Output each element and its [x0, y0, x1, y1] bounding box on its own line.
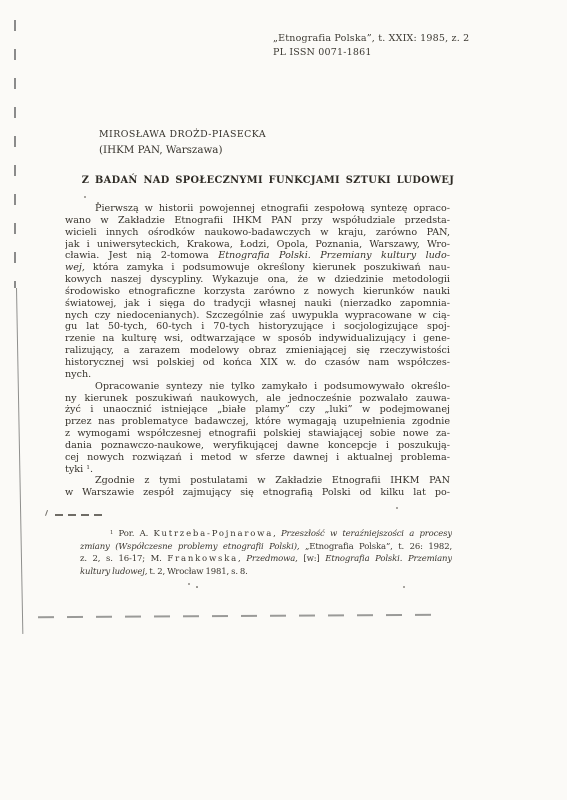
text-line: zmiany (Współczesne problemy etnografii … — [80, 541, 452, 554]
text-line: z wymogami współczesnej etnografii polsk… — [65, 428, 450, 440]
footnote-separator — [55, 514, 107, 516]
scan-speck — [403, 586, 405, 588]
text-line: rzenie na kulturę wsi, odtwarzające w sp… — [65, 333, 450, 345]
text-line: gu lat 50-tych, 60-tych i 70-tych histor… — [65, 321, 450, 333]
scan-left-edge-line — [16, 288, 24, 634]
text-line: Pierwszą w historii powojennej etnografi… — [65, 203, 450, 215]
scan-left-dashed-line — [14, 20, 16, 288]
text-line: w Warszawie zespół zajmujący się etnogra… — [65, 487, 450, 499]
author-name: MIROSŁAWA DROŻD-PIASECKA — [99, 128, 266, 143]
text-line: Opracowanie syntezy nie tylko zamykało i… — [65, 381, 450, 393]
text-line: nych czy niedocenianych). Szczególnie za… — [65, 310, 450, 322]
scan-speck — [84, 196, 86, 198]
text-line: kowych naszej dyscypliny. Wykazuje ona, … — [65, 274, 450, 286]
scan-speck — [196, 586, 198, 588]
text-line: tyki 1. — [65, 464, 450, 476]
text-line: przez nas problematyce badawczej, które … — [65, 416, 450, 428]
text-line: z. 2, s. 16-17; M. Frankowska, Przedmowa… — [80, 553, 452, 566]
text-line: historycznej wsi polskiej od końca XIX w… — [65, 357, 450, 369]
text-line: wej, która zamyka i podsumowuje określon… — [65, 262, 450, 274]
journal-header: „Etnografia Polska”, t. XXIX: 1985, z. 2… — [273, 32, 469, 59]
text-line: Zgodnie z tymi postulatami w Zakładzie E… — [65, 475, 450, 487]
text-line: cej nowych rozwiązań i metod w sferze da… — [65, 452, 450, 464]
text-line: żyć i unaocznić istniejące „białe plamy”… — [65, 404, 450, 416]
text-line: nych. — [65, 369, 450, 381]
text-line: jak i uniwersyteckich, Krakowa, Łodzi, O… — [65, 239, 450, 251]
scan-bottom-dashed-line — [38, 614, 441, 618]
text-line: środowisko etnograficzne korzysta zarówn… — [65, 286, 450, 298]
article-body: Pierwszą w historii powojennej etnografi… — [65, 203, 450, 499]
text-line: 1 Por. A. Kutrzeba-Pojnarowa, Przeszłość… — [80, 528, 452, 541]
footnote-separator-tick — [45, 510, 48, 516]
text-line: kultury ludowej, t. 2, Wrocław 1981, s. … — [80, 566, 452, 579]
text-line: cławia. Jest nią 2-tomowa Etnografia Pol… — [65, 250, 450, 262]
author-affiliation: (IHKM PAN, Warszawa) — [99, 143, 266, 158]
scan-speck — [188, 583, 190, 585]
article-title: Z BADAŃ NAD SPOŁECZNYMI FUNKCJAMI SZTUKI… — [72, 175, 464, 186]
text-line: wicieli innych ośrodków naukowo-badawczy… — [65, 227, 450, 239]
footnote: 1 Por. A. Kutrzeba-Pojnarowa, Przeszłość… — [80, 528, 452, 578]
text-line: wano w Zakładzie Etnografii IHKM PAN prz… — [65, 215, 450, 227]
journal-issn: PL ISSN 0071-1861 — [273, 46, 469, 60]
scan-speck — [396, 507, 398, 509]
text-line: ny kierunek poszukiwań naukowych, ale je… — [65, 393, 450, 405]
journal-header-line1: „Etnografia Polska”, t. XXIX: 1985, z. 2 — [273, 32, 469, 46]
text-line: ralizujący, a zarazem modelowy obraz zmi… — [65, 345, 450, 357]
scan-speck — [97, 202, 99, 204]
author-block: MIROSŁAWA DROŻD-PIASECKA (IHKM PAN, Wars… — [99, 128, 266, 157]
text-line: światowej, jak i sięga do tradycji własn… — [65, 298, 450, 310]
text-line: dania poznawczo-naukowe, weryfikującej d… — [65, 440, 450, 452]
